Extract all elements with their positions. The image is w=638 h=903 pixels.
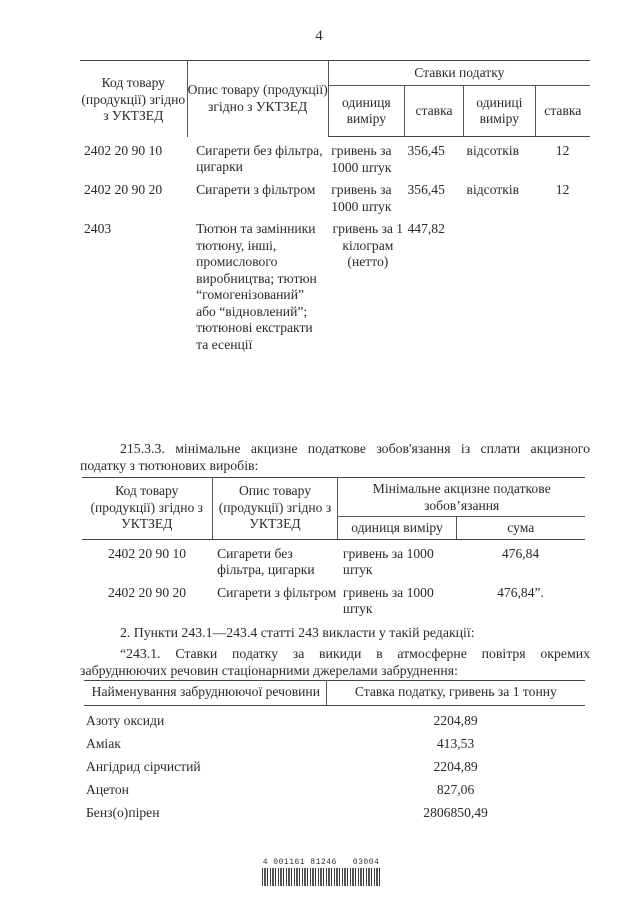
table-row: Аміак 413,53 — [84, 732, 585, 755]
paragraph-243-1: “243.1. Ставки податку за викиди в атмос… — [80, 645, 590, 679]
cell-sum: 476,84”. — [456, 579, 585, 618]
paragraph-2: 2. Пункти 243.1—243.4 статті 243 викласт… — [80, 624, 590, 641]
header-description: Опис товару (продукції) згідно з УКТЗЕД — [212, 478, 338, 540]
cell-unit1: гривень за 1000 штук — [328, 176, 404, 215]
cell-code: 2402 20 90 10 — [82, 539, 212, 579]
cell-rate2: 12 — [535, 176, 590, 215]
cell-rate: 827,06 — [326, 778, 585, 801]
table-row: 2402 20 90 20 Сигарети з фільтром гривен… — [82, 579, 585, 618]
cell-description: Сигарети без фільтра, цигарки — [212, 539, 338, 579]
header-unit2: одиниці виміру — [464, 86, 536, 137]
cell-rate: 2806850,49 — [326, 801, 585, 824]
tobacco-tax-rates-table: Код товару (продукції) згідно з УКТЗЕД О… — [80, 60, 590, 353]
cell-pollutant-name: Ацетон — [84, 778, 326, 801]
cell-description: Сигарети без фільтра, цигарки — [187, 137, 328, 177]
cell-code: 2402 20 90 20 — [80, 176, 187, 215]
cell-unit2: відсотків — [464, 176, 536, 215]
cell-unit: гривень за 1000 штук — [338, 539, 456, 579]
table-row: 2403 Тютюн та замінники тютюну, інші, пр… — [80, 215, 590, 353]
cell-description: Сигарети з фільтром — [212, 579, 338, 618]
table-row: Ангідрид сірчистий 2204,89 — [84, 755, 585, 778]
header-unit: одиниця виміру — [338, 517, 456, 540]
cell-description: Тютюн та замінники тютюну, інші, промисл… — [187, 215, 328, 353]
table-row: Бенз(о)пірен 2806850,49 — [84, 801, 585, 824]
barcode-digits: 4 001161 81246 03004 — [262, 858, 380, 867]
document-barcode: 4 001161 81246 03004 — [262, 858, 380, 886]
table-row: 2402 20 90 20 Сигарети з фільтром гривен… — [80, 176, 590, 215]
header-pollutant-name: Найменування забруднюючої речовини — [84, 681, 326, 706]
header-rates-group: Ставки податку — [328, 61, 590, 86]
cell-rate1: 356,45 — [405, 176, 464, 215]
cell-code: 2403 — [80, 215, 187, 353]
cell-unit2: відсотків — [464, 137, 536, 177]
cell-pollutant-name: Азоту оксиди — [84, 705, 326, 732]
cell-pollutant-name: Аміак — [84, 732, 326, 755]
page-number: 4 — [0, 28, 638, 45]
header-rate2: ставка — [535, 86, 590, 137]
header-rate: Ставка податку, гривень за 1 тонну — [326, 681, 585, 706]
cell-pollutant-name: Ангідрид сірчистий — [84, 755, 326, 778]
cell-pollutant-name: Бенз(о)пірен — [84, 801, 326, 824]
header-group: Мінімальне акцизне податкове зобов’язанн… — [338, 478, 585, 517]
minimum-excise-liability-table: Код товару (продукції) згідно з УКТЗЕД О… — [82, 477, 585, 618]
table-row: Ацетон 827,06 — [84, 778, 585, 801]
header-description: Опис товару (продукції) згідно з УКТЗЕД — [187, 61, 328, 137]
barcode-icon — [262, 868, 380, 886]
pollutant-tax-rates-table: Найменування забруднюючої речовини Ставк… — [84, 680, 585, 824]
header-unit1: одиниця виміру — [328, 86, 404, 137]
cell-code: 2402 20 90 10 — [80, 137, 187, 177]
paragraph-215-3-3: 215.3.3. мінімальне акцизне податкове зо… — [80, 440, 590, 474]
paragraph-text: 215.3.3. мінімальне акцизне податкове зо… — [80, 441, 590, 473]
table-row: 2402 20 90 10 Сигарети без фільтра, цига… — [82, 539, 585, 579]
header-code: Код товару (продукції) згідно з УКТЗЕД — [82, 478, 212, 540]
cell-code: 2402 20 90 20 — [82, 579, 212, 618]
cell-rate: 413,53 — [326, 732, 585, 755]
cell-sum: 476,84 — [456, 539, 585, 579]
table-row: Азоту оксиди 2204,89 — [84, 705, 585, 732]
cell-rate: 2204,89 — [326, 705, 585, 732]
cell-rate1: 447,82 — [405, 215, 464, 353]
header-code: Код товару (продукції) згідно з УКТЗЕД — [80, 61, 187, 137]
cell-unit: гривень за 1000 штук — [338, 579, 456, 618]
cell-unit2 — [464, 215, 536, 353]
table-row: 2402 20 90 10 Сигарети без фільтра, цига… — [80, 137, 590, 177]
cell-unit1: гривень за 1 кілограм (нетто) — [328, 215, 404, 353]
cell-unit1: гривень за 1000 штук — [328, 137, 404, 177]
cell-rate2: 12 — [535, 137, 590, 177]
cell-rate: 2204,89 — [326, 755, 585, 778]
header-sum: сума — [456, 517, 585, 540]
cell-description: Сигарети з фільтром — [187, 176, 328, 215]
cell-rate1: 356,45 — [405, 137, 464, 177]
header-rate1: ставка — [405, 86, 464, 137]
cell-rate2 — [535, 215, 590, 353]
